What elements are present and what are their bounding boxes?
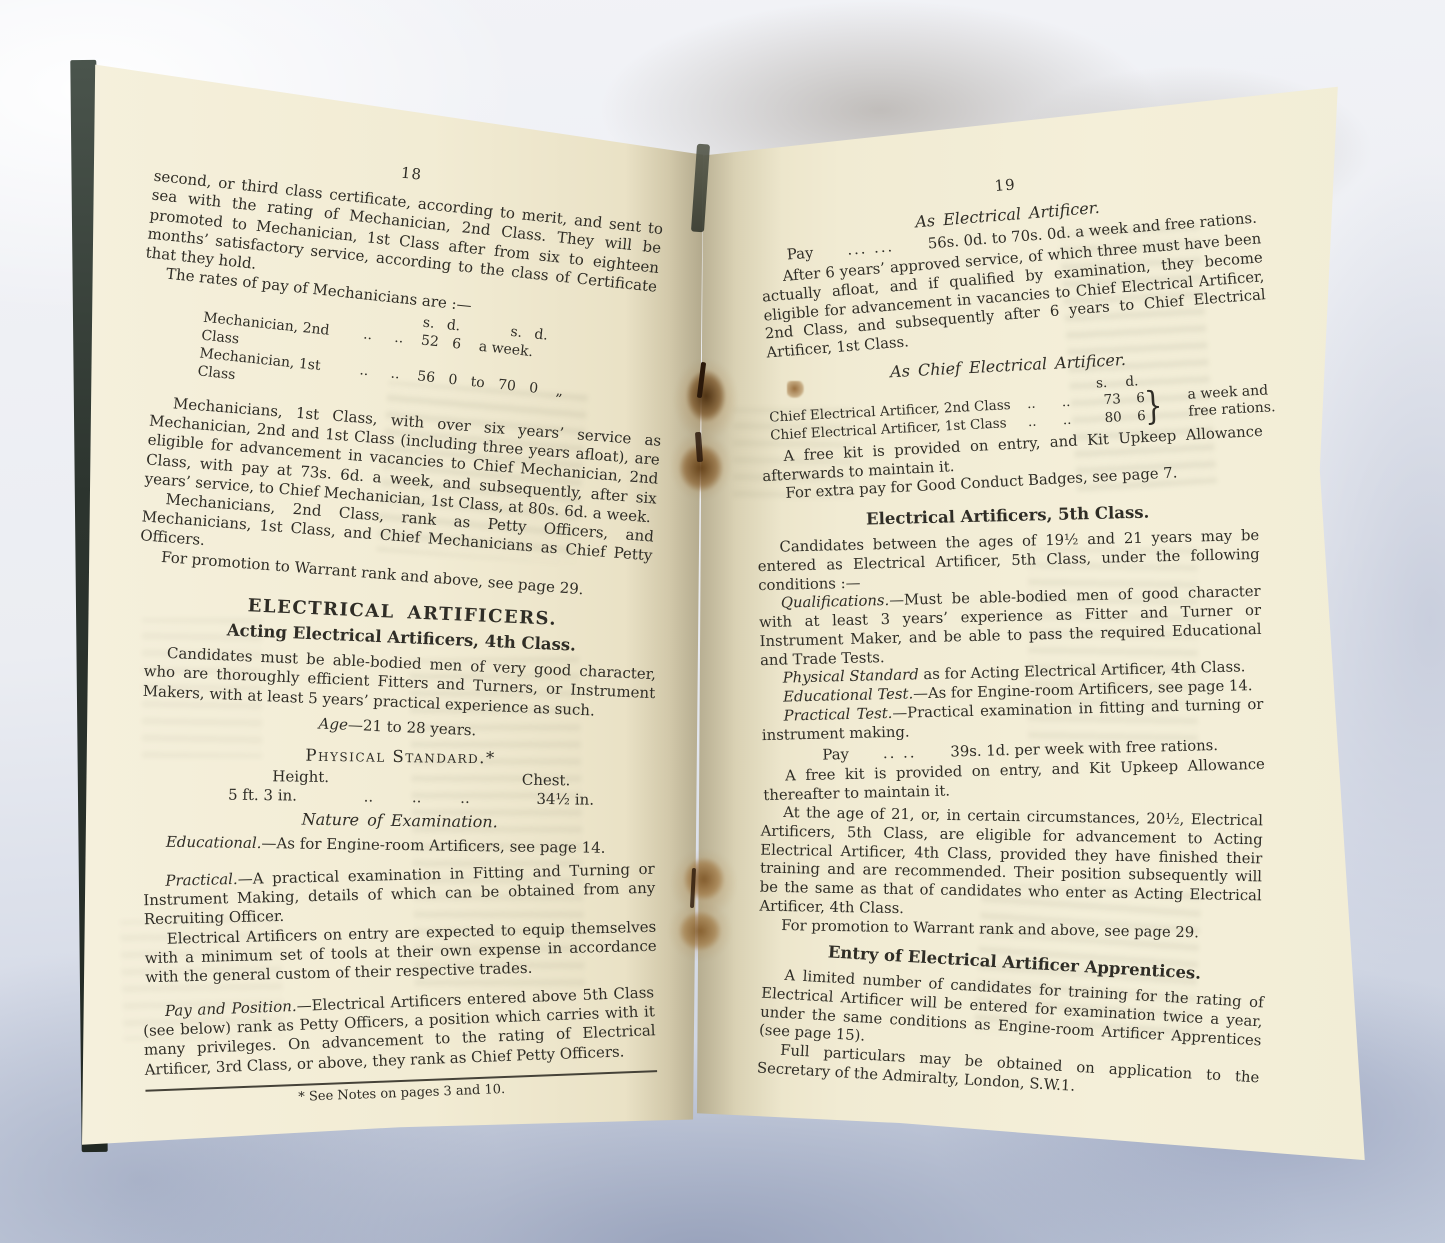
chest-label: Chest.	[522, 771, 571, 791]
page-19-content: 19 As Electrical Artificer. Pay... ...56…	[760, 176, 1262, 1101]
chest-value: 34½ in.	[536, 791, 594, 811]
heading-nature-of-examination: Nature of Examination.	[144, 808, 656, 836]
leader-dots: .. ..	[1027, 410, 1094, 431]
height-value: 5 ft. 3 in.	[228, 786, 297, 806]
section-advancement-at-21: At the age of 21, or, in certain circums…	[759, 804, 1263, 944]
qualifications-label: Qualifications.	[781, 592, 890, 612]
para-pay-position: Pay and Position.—Electrical Artificers …	[142, 983, 657, 1079]
pay-position-text: —Electrical Artificers entered above 5th…	[143, 983, 656, 1078]
shillings-value: 73	[1092, 392, 1121, 411]
educational-test-label: Educational Test.	[783, 686, 913, 706]
pay-table-gap	[472, 320, 512, 342]
physical-standard-label: Physical Standard	[783, 667, 919, 687]
section-chief-electrical-artificer: As Chief Electrical Artificer. s. d. Chi…	[757, 343, 1265, 505]
rust-stain-bottom	[658, 843, 750, 963]
section-pay-and-position: Pay and Position.—Electrical Artificers …	[142, 983, 658, 1112]
pence-value: 6	[1121, 408, 1146, 426]
educational-text: —As for Engine-room Artificers, see page…	[261, 834, 605, 857]
practical-test-label: Practical Test.	[783, 705, 892, 725]
para-qualifications: Qualifications.—Must be able-bodied men …	[759, 583, 1263, 670]
brace-icon: }	[1143, 386, 1163, 425]
practical-label: Practical.	[165, 870, 238, 890]
section-practical: Practical.—A practical examination in Fi…	[143, 859, 658, 987]
chief-table-note: a week and free rations.	[1187, 383, 1276, 421]
pay-table-note: a week.	[476, 339, 534, 380]
page-18-content: 18 second, or third class certificate, a…	[144, 164, 656, 1110]
height-label: Height.	[272, 768, 329, 788]
leader-dots: .. ..	[357, 362, 418, 404]
age-value: —21 to 28 years.	[348, 715, 477, 739]
para-tools: Electrical Artificers on entry are expec…	[144, 917, 657, 987]
photo-scene: 18 second, or third class certificate, a…	[0, 0, 1445, 1243]
leader-dots: ... ...	[847, 239, 895, 260]
pay-label: Pay	[786, 245, 814, 264]
pay-value: 39s. 1d. per week with free rations.	[950, 737, 1218, 761]
shillings-value: 80	[1093, 409, 1122, 428]
section-mechanician-advancement: Mechanicians, 1st Class, with over six y…	[138, 392, 662, 603]
para-age-21: At the age of 21, or, in certain circums…	[759, 804, 1263, 925]
section-electrical-artificers: ELECTRICAL ARTIFICERS. Acting Electrical…	[141, 589, 658, 747]
leader-dots: .. ..	[883, 744, 917, 762]
section-apprentices: Entry of Electrical Artificer Apprentice…	[756, 939, 1265, 1107]
section-5th-class: Electrical Artificers, 5th Class. Candid…	[756, 500, 1265, 806]
pay-table-value: 52 6	[418, 333, 462, 373]
section-mechanician-pay: 18 second, or third class certificate, a…	[133, 138, 667, 428]
educational-label: Educational.	[166, 833, 262, 852]
section-physical-standard: Physical Standard.* Height. Chest. 5 ft.…	[143, 743, 656, 859]
para-educational: Educational.—As for Engine-room Artifice…	[143, 833, 655, 859]
rust-stain-top	[660, 350, 750, 514]
page-18: 18 second, or third class certificate, a…	[82, 58, 710, 1158]
ditto-mark: „	[553, 383, 564, 419]
age-label: Age	[318, 714, 348, 733]
note-rations: free rations.	[1188, 399, 1276, 420]
pence-value: 6	[1120, 390, 1145, 408]
leader-dots: .. .. ..	[364, 788, 470, 809]
leader-dots: .. ..	[360, 327, 421, 369]
pay-label: Pay	[822, 746, 849, 764]
rust-spot-small	[787, 381, 804, 398]
page-19: 19 As Electrical Artificer. Pay... ...56…	[688, 78, 1380, 1170]
section-as-electrical-artificer: 19 As Electrical Artificer. Pay... ...56…	[754, 157, 1268, 364]
